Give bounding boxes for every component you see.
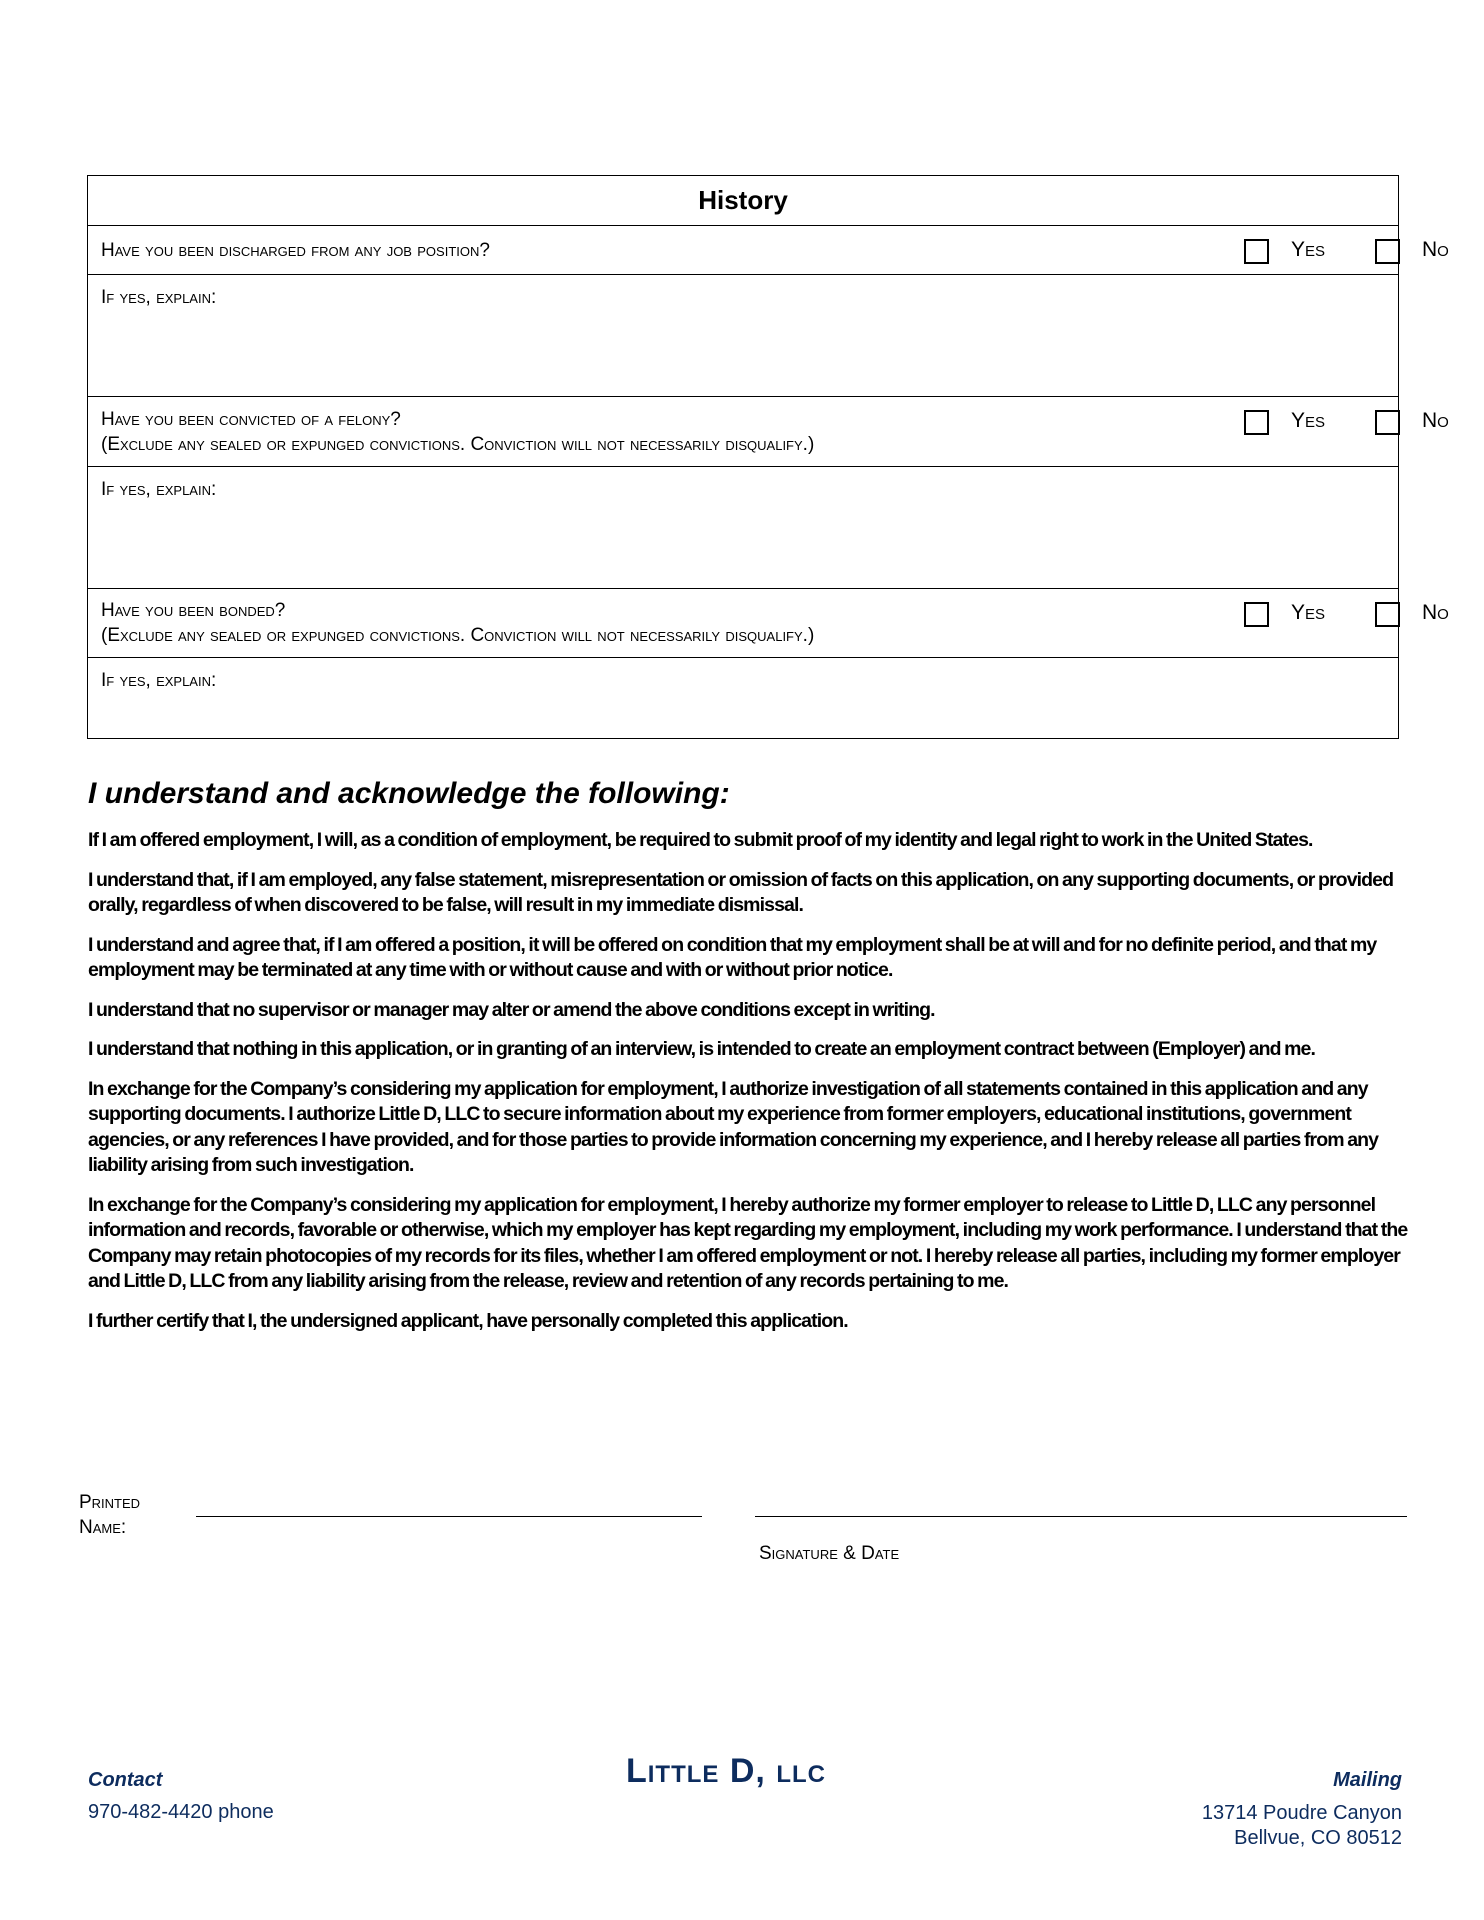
checkbox-discharged-yes[interactable] (1244, 239, 1269, 264)
signature-date-label: Signature & Date (759, 1543, 899, 1565)
checkbox-felony-yes[interactable] (1244, 410, 1269, 435)
checkbox-felony-no[interactable] (1375, 410, 1400, 435)
no-label: No (1422, 409, 1449, 433)
explain-field-discharged[interactable]: If yes, explain: (88, 275, 1398, 397)
question-felony-text: Have you been convicted of a felony? (101, 407, 814, 432)
history-title: History (88, 176, 1398, 226)
ack-paragraph: I further certify that I, the undersigne… (88, 1309, 1408, 1335)
address-line1: 13714 Poudre Canyon (1202, 1801, 1402, 1826)
ack-paragraph: In exchange for the Company’s considerin… (88, 1193, 1408, 1295)
yes-label: Yes (1291, 238, 1325, 262)
question-row-bonded: Have you been bonded? (Exclude any seale… (88, 589, 1398, 658)
no-label: No (1422, 238, 1449, 262)
contact-phone: 970-482-4420 phone (88, 1801, 274, 1824)
yes-no-options: Yes No (1156, 409, 1396, 439)
printed-name-field[interactable] (196, 1516, 702, 1517)
printed-name-label: Printed Name: (79, 1490, 140, 1540)
mailing-address: 13714 Poudre Canyon Bellvue, CO 80512 (1202, 1801, 1402, 1851)
yes-no-options: Yes No (1156, 601, 1396, 631)
question-bonded-note: (Exclude any sealed or expunged convicti… (101, 623, 814, 648)
acknowledgement-title: I understand and acknowledge the followi… (88, 777, 730, 811)
checkbox-bonded-yes[interactable] (1244, 602, 1269, 627)
explain-label: If yes, explain: (101, 668, 216, 693)
contact-heading: Contact (88, 1769, 162, 1792)
yes-label: Yes (1291, 601, 1325, 625)
question-row-discharged: Have you been discharged from any job po… (88, 226, 1398, 275)
yes-no-options: Yes No (1156, 238, 1396, 268)
question-felony-note: (Exclude any sealed or expunged convicti… (101, 432, 814, 457)
ack-paragraph: I understand that, if I am employed, any… (88, 868, 1408, 919)
question-bonded: Have you been bonded? (Exclude any seale… (101, 598, 814, 648)
yes-label: Yes (1291, 409, 1325, 433)
ack-paragraph: I understand that no supervisor or manag… (88, 998, 1408, 1024)
explain-field-bonded[interactable]: If yes, explain: (88, 658, 1398, 738)
ack-paragraph: In exchange for the Company’s considerin… (88, 1077, 1408, 1179)
question-discharged: Have you been discharged from any job po… (101, 238, 490, 263)
checkbox-bonded-no[interactable] (1375, 602, 1400, 627)
checkbox-discharged-no[interactable] (1375, 239, 1400, 264)
printed-name-label-line2: Name: (79, 1515, 140, 1540)
mailing-heading: Mailing (1333, 1769, 1402, 1792)
ack-paragraph: I understand and agree that, if I am off… (88, 933, 1408, 984)
explain-label: If yes, explain: (101, 477, 216, 502)
acknowledgement-body: If I am offered employment, I will, as a… (88, 828, 1408, 1348)
explain-field-felony[interactable]: If yes, explain: (88, 467, 1398, 589)
question-row-felony: Have you been convicted of a felony? (Ex… (88, 397, 1398, 467)
ack-paragraph: I understand that nothing in this applic… (88, 1037, 1408, 1063)
company-logo: Little D, llc (626, 1752, 826, 1791)
ack-paragraph: If I am offered employment, I will, as a… (88, 828, 1408, 854)
printed-name-label-line1: Printed (79, 1490, 140, 1515)
signature-date-field[interactable] (755, 1516, 1407, 1517)
history-section: History Have you been discharged from an… (87, 175, 1399, 739)
question-felony: Have you been convicted of a felony? (Ex… (101, 407, 814, 457)
explain-label: If yes, explain: (101, 285, 216, 310)
question-bonded-text: Have you been bonded? (101, 598, 814, 623)
no-label: No (1422, 601, 1449, 625)
address-line2: Bellvue, CO 80512 (1202, 1826, 1402, 1851)
